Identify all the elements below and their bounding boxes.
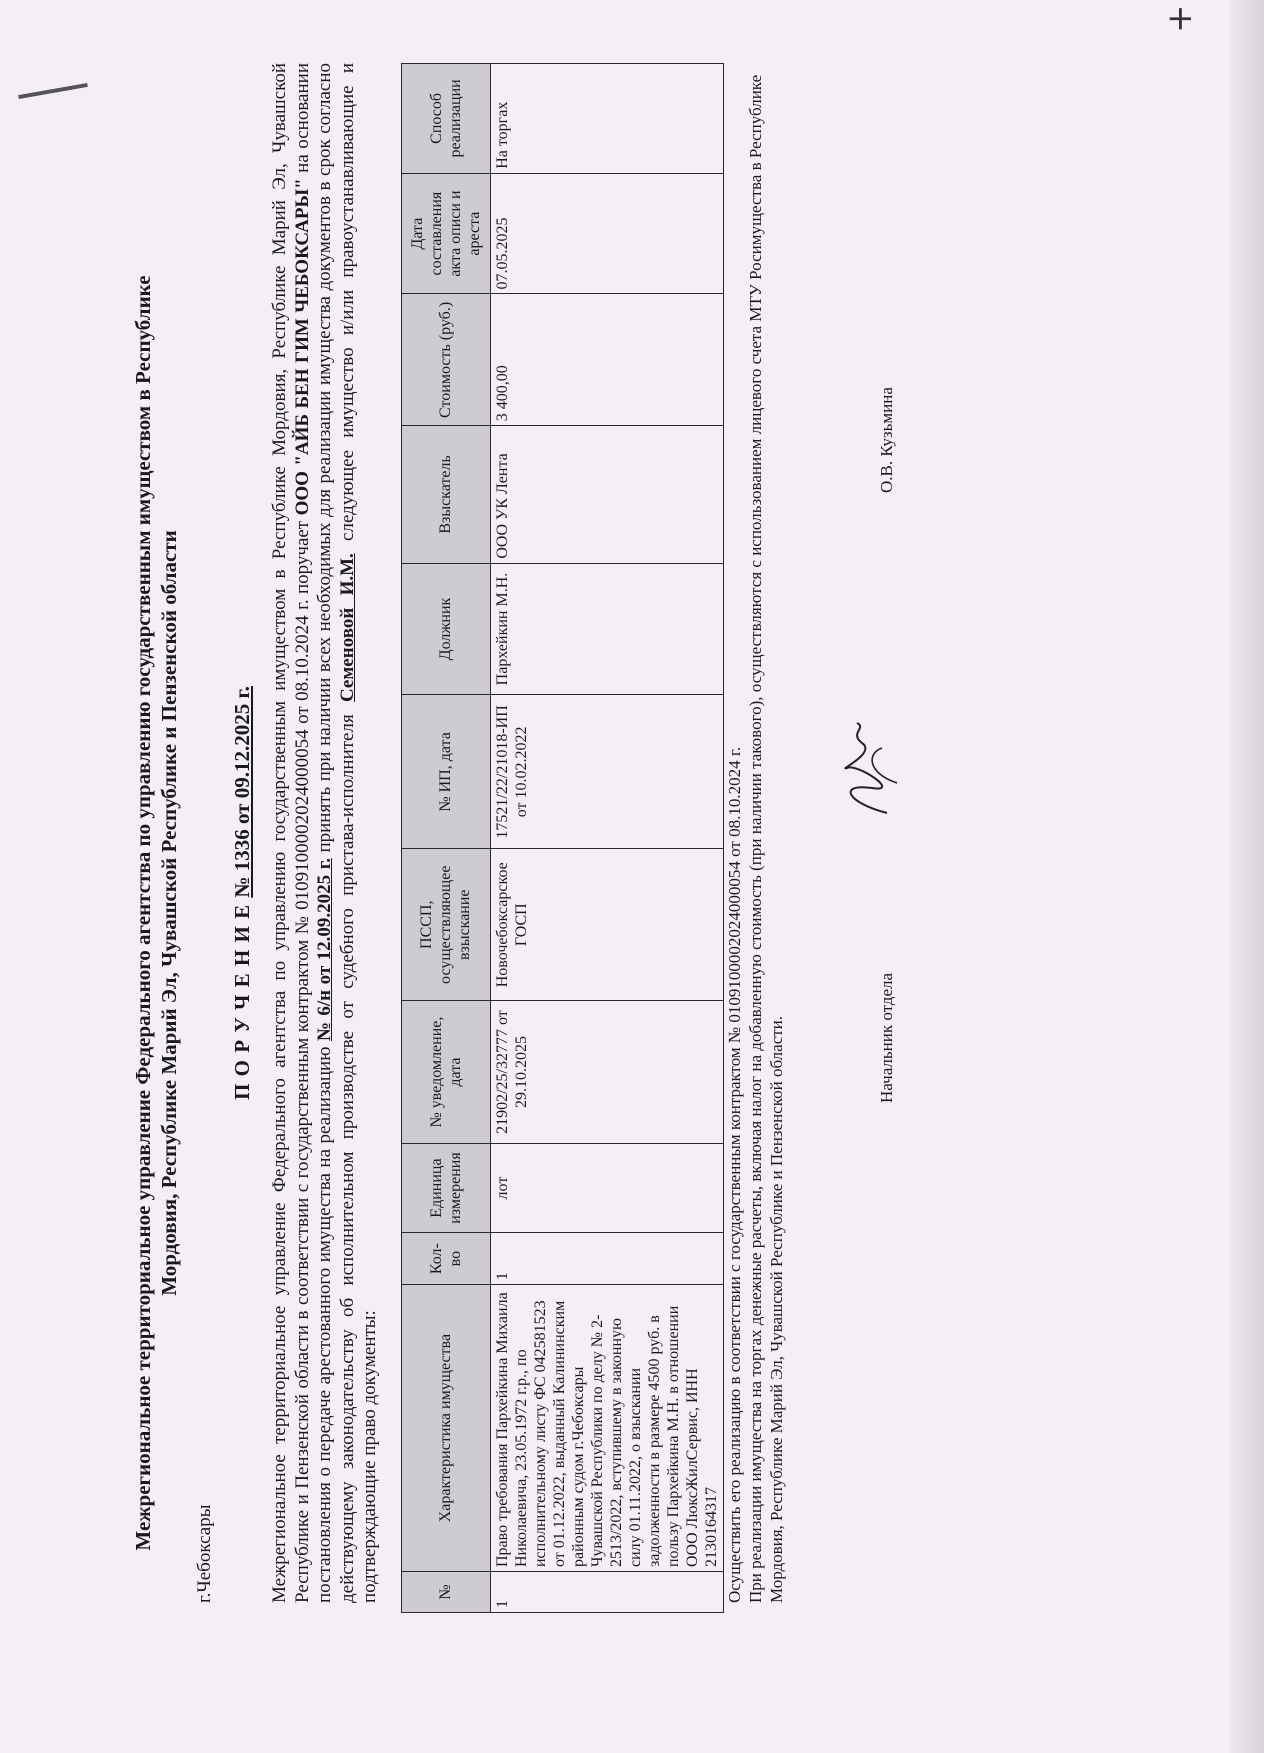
organization-line-1: Межрегиональное территориальное управлен…	[130, 263, 156, 1563]
cell-num: 1	[490, 1572, 723, 1613]
cell-quantity: 1	[490, 1233, 723, 1285]
pen-mark	[18, 83, 88, 99]
header-sale-method: Способ реализации	[401, 64, 490, 174]
plus-mark: +	[1160, 5, 1200, 34]
header-debtor: Должник	[401, 563, 490, 695]
document-title: П О Р У Ч Е Н И Е № 1336 от 09.12.2025 г…	[230, 193, 255, 1593]
cell-sale-method: На торгах	[490, 64, 723, 174]
header-enforcement-number: № ИП, дата	[401, 695, 490, 849]
footer-note-2: При реализации имущества на торгах денеж…	[745, 63, 787, 1603]
resolution-number: № 6/н от 12.09.2025 г.	[314, 858, 335, 1041]
city: г.Чебоксары	[194, 33, 216, 1603]
company-name: ООО "АЙБ БЕН ГИМ ЧЕБОКСАРЫ"	[292, 178, 313, 515]
header-claimant: Взыскатель	[401, 426, 490, 563]
header-description: Характеристика имущества	[401, 1285, 490, 1572]
header-cost: Стоимость (руб.)	[401, 294, 490, 426]
signature-block: Начальник отдела О.В. Кузьмина	[827, 63, 927, 1603]
scan-edge	[1230, 0, 1264, 1753]
header-quantity: Кол-во	[401, 1233, 490, 1285]
cell-enforcement-number: 17521/22/21018-ИП от 10.02.2022	[490, 695, 723, 849]
header-num: №	[401, 1572, 490, 1613]
document-content: Межрегиональное территориальное управлен…	[130, 33, 927, 1713]
signature-scribble-icon	[827, 713, 907, 823]
cell-description: Право требования Пархейкина Михаила Нико…	[490, 1285, 723, 1572]
header-arrest-date: Дата составления акта описи и ареста	[401, 173, 490, 294]
organization-line-2: Мордовия, Республике Марий Эл, Чувашской…	[156, 263, 182, 1563]
table-row: 1 Право требования Пархейкина Михаила Ни…	[490, 64, 723, 1613]
header-notice: № уведомление, дата	[401, 1001, 490, 1144]
header-unit: Единица измерения	[401, 1143, 490, 1232]
table-header-row: № Характеристика имущества Кол-во Единиц…	[401, 64, 490, 1613]
cell-unit: лот	[490, 1143, 723, 1232]
cell-cost: 3 400,00	[490, 294, 723, 426]
cell-debtor: Пархейкин М.Н.	[490, 563, 723, 695]
title-word: П О Р У Ч Е Н И Е	[230, 904, 254, 1100]
title-number: № 1336 от 09.12.2025 г.	[230, 686, 254, 898]
header-bailiff-office: ПССП, осуществляющее взыскание	[401, 849, 490, 1001]
footer-note-1: Осуществить его реализацию в соответстви…	[724, 63, 745, 1603]
cell-notice: 21902/25/32777 от 29.10.2025	[490, 1001, 723, 1144]
document-page: + Межрегиональное территориальное управл…	[0, 0, 1264, 1753]
signer-name: О.В. Кузьмина	[877, 387, 897, 493]
cell-bailiff-office: Новочебоксарское ГОСП	[490, 849, 723, 1001]
property-table: № Характеристика имущества Кол-во Единиц…	[401, 63, 724, 1613]
organization-header: Межрегиональное территориальное управлен…	[130, 263, 182, 1563]
signer-title: Начальник отдела	[877, 973, 897, 1103]
bailiff-name: Семеновой И.М.	[337, 553, 358, 702]
cell-claimant: ООО УК Лента	[490, 426, 723, 563]
intro-paragraph: Межрегиональное территориальное управлен…	[269, 63, 382, 1603]
cell-arrest-date: 07.05.2025	[490, 173, 723, 294]
